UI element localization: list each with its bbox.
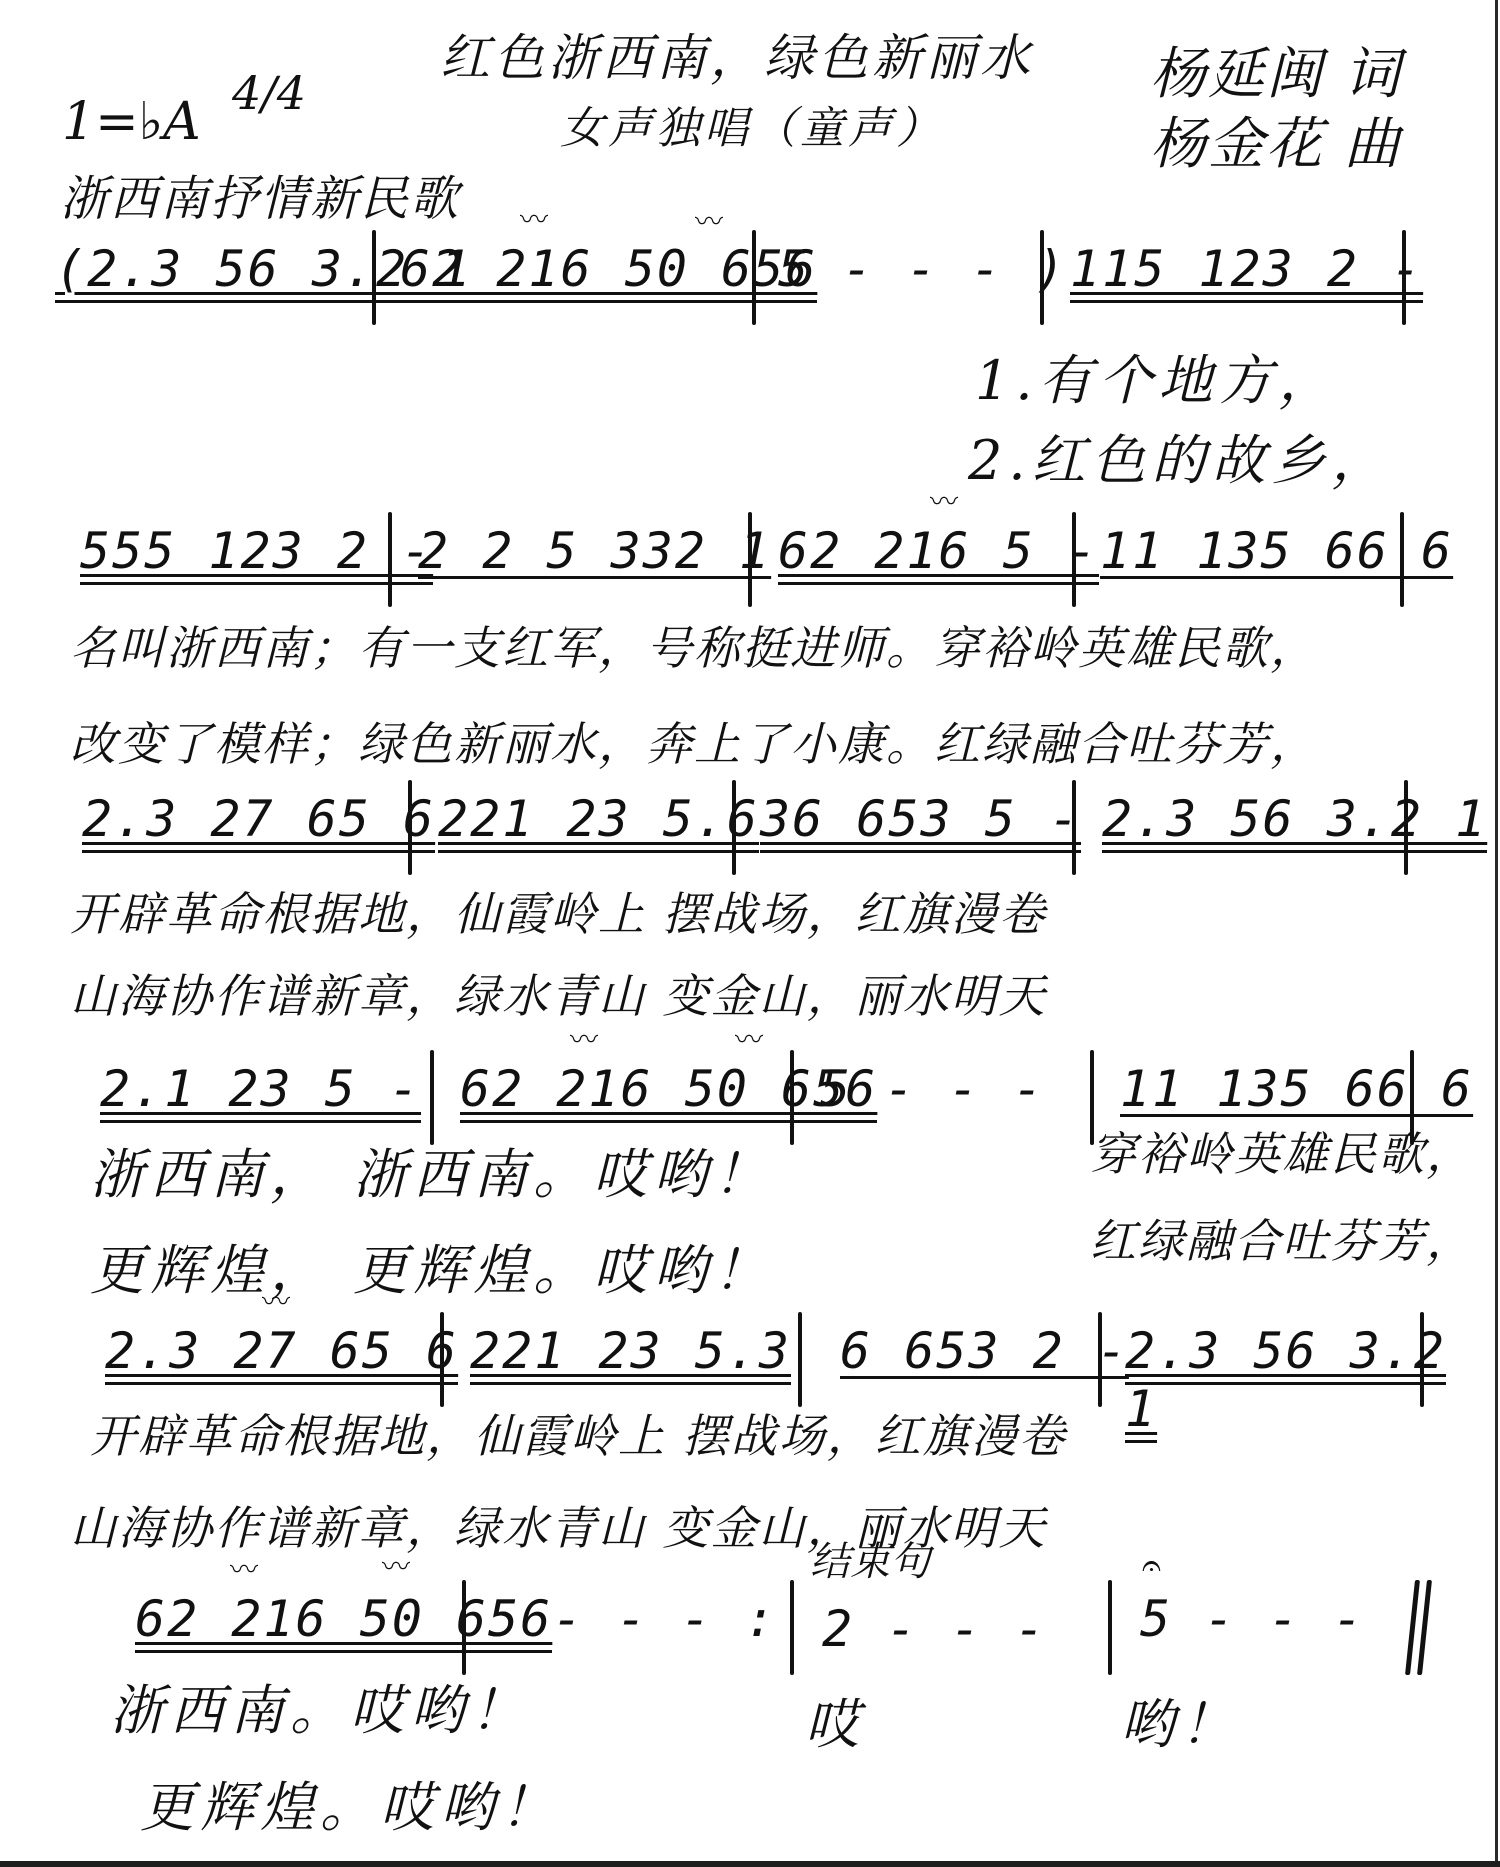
lyric-line-verse-2: 更辉煌。哎哟！ (140, 1765, 560, 1842)
coda-lyric-1: 哎 (805, 1682, 865, 1759)
lyric-line-verse-1: 名叫浙西南；有一支红军，号称挺进师。穿裕岭英雄民歌， (70, 612, 1318, 678)
system-6: 62 216 50 656 〰 〰 5 - - - : 结束句 2 - - - … (0, 1590, 1500, 1680)
barline (440, 1312, 444, 1407)
system-3: 2.3 27 65 6 221 23 5.6 36 653 5 - 2.3 56… (0, 790, 1500, 880)
measure-23: 2 - - - (822, 1600, 1047, 1658)
lyric-line-verse-1: 浙西南， 浙西南。哎哟！ (90, 1132, 773, 1209)
composer: 杨金花 曲 (1150, 110, 1402, 180)
measure-18: 221 23 5.3 (470, 1322, 791, 1380)
trill-mark-icon: 〰 (930, 480, 958, 520)
system-2: 555 123 2 - 2 2 5 332 1 62 216 5 - 〰 11 … (0, 522, 1500, 612)
final-barline-thick (1417, 1580, 1432, 1675)
measure-10: 221 23 5.6 (438, 790, 759, 848)
barline (1040, 230, 1044, 325)
measure-22: 5 - - - : (488, 1590, 777, 1648)
system-5: 2.3 27 65 6 〰 221 23 5.3 6 653 2 - 2.3 5… (0, 1322, 1500, 1412)
repeat-barline (790, 1580, 794, 1675)
lyric-line-verse-2: 更辉煌， 更辉煌。哎哟！ (90, 1228, 773, 1305)
measure-4: 115 123 2 - (1070, 240, 1423, 298)
barline (1072, 512, 1076, 607)
barline (1072, 780, 1076, 875)
barline (748, 512, 752, 607)
barline (462, 1580, 466, 1675)
song-subtitle: 女声独唱（童声） (560, 92, 944, 156)
measure-17: 2.3 27 65 6 (105, 1322, 458, 1380)
barline (790, 1050, 794, 1145)
barline (1098, 1312, 1102, 1407)
lyric-verse-2: 2.红色的故乡， (968, 418, 1392, 495)
credits: 杨延闽 词 杨金花 曲 (1150, 40, 1402, 180)
trill-mark-icon: 〰 (520, 198, 548, 238)
measure-20: 2.3 56 3.2 1 (1125, 1322, 1500, 1438)
trill-mark-icon: 〰 (230, 1548, 258, 1588)
lyric-line-verse-1: 开辟革命根据地，仙霞岭上 摆战场，红旗漫卷 (70, 878, 1047, 944)
barline (732, 780, 736, 875)
measure-15: 5 - - - (820, 1060, 1045, 1118)
fermata-icon: 𝄐 (1142, 1546, 1161, 1586)
measure-13: 2.1 23 5 - (100, 1060, 421, 1118)
lyric-verse-1: 1.有个地方， (975, 338, 1339, 415)
measure-3: 5 - - - ) (778, 240, 1067, 298)
barline (388, 512, 392, 607)
measure-14: 62 216 50 656 (460, 1060, 877, 1118)
lyric-line-verse-1-right: 穿裕岭英雄民歌， (1090, 1118, 1474, 1184)
measure-9: 2.3 27 65 6 (82, 790, 435, 848)
measure-12: 2.3 56 3.2 1 (1102, 790, 1487, 848)
measure-6: 2 2 5 332 1 (418, 522, 771, 580)
lyric-line-verse-2-right: 红绿融合吐芬芳， (1090, 1205, 1474, 1271)
barline (1404, 780, 1408, 875)
lyricist: 杨延闽 词 (1150, 40, 1402, 110)
time-signature: 4/4 (232, 66, 306, 120)
barline (1400, 512, 1404, 607)
coda-label: 结束句 (810, 1530, 930, 1587)
measure-7: 62 216 5 - (778, 522, 1099, 580)
style-note: 浙西南抒情新民歌 (60, 160, 460, 229)
system-1: (2.3 56 3.2 1 62 216 50 656 〰 〰 5 - - - … (0, 240, 1500, 330)
measure-16: 11 135 66 6 (1120, 1060, 1473, 1118)
lyric-line-verse-1: 开辟革命根据地，仙霞岭上 摆战场，红旗漫卷 (90, 1400, 1067, 1466)
key-signature: 1=♭A (62, 92, 201, 152)
trill-mark-icon: 〰 (262, 1280, 290, 1320)
barline (430, 1050, 434, 1145)
barline (798, 1312, 802, 1407)
trill-mark-icon: 〰 (382, 1545, 410, 1585)
trill-mark-icon: 〰 (735, 1018, 763, 1058)
lyric-line-verse-2: 山海协作谱新章，绿水青山 变金山，丽水明天 (70, 960, 1047, 1026)
paper-bottom-edge (0, 1861, 1500, 1867)
barline (1108, 1580, 1112, 1675)
measure-5: 555 123 2 - (80, 522, 433, 580)
barline (1420, 1312, 1424, 1407)
trill-mark-icon: 〰 (570, 1018, 598, 1058)
barline (1402, 230, 1406, 325)
measure-24: 5 - - - (1140, 1590, 1365, 1648)
measure-19: 6 653 2 - (840, 1322, 1129, 1380)
song-title: 红色浙西南，绿色新丽水 (440, 18, 1034, 90)
measure-11: 36 653 5 - (760, 790, 1081, 848)
coda-lyric-2: 哟！ (1120, 1682, 1240, 1759)
lyric-line-verse-2: 改变了模样；绿色新丽水，奔上了小康。红绿融合吐芬芳， (70, 708, 1318, 774)
barline (372, 230, 376, 325)
barline (408, 780, 412, 875)
lyric-line-verse-1: 浙西南。哎哟！ (110, 1668, 530, 1745)
barline (752, 230, 756, 325)
trill-mark-icon: 〰 (695, 200, 723, 240)
